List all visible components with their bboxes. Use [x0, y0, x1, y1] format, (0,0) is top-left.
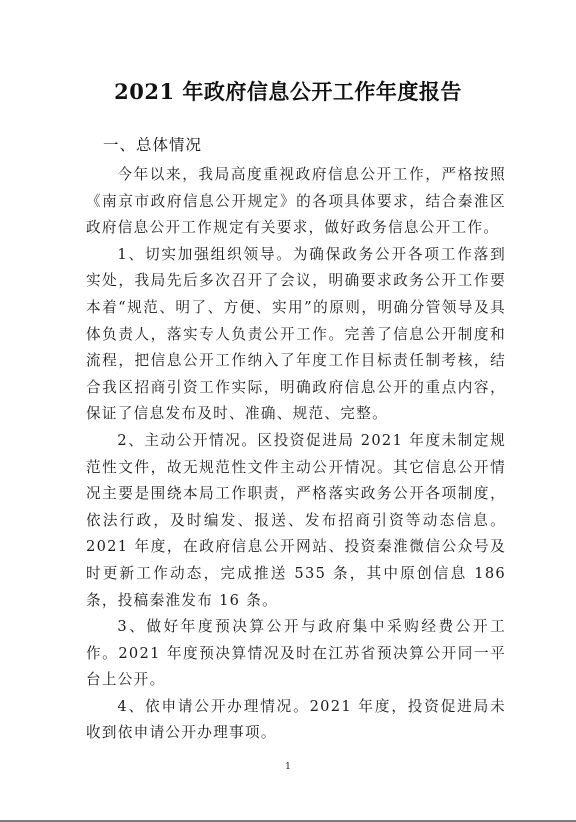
document-page: 2021 年政府信息公开工作年度报告 一、总体情况 今年以来，我局高度重视政府信… [0, 0, 576, 820]
paragraph-application-disclosure: 4、依申请公开办理情况。2021 年度，投资促进局未收到依申请公开办理事项。 [86, 694, 506, 747]
page-number: 1 [0, 762, 576, 772]
document-title: 2021 年政府信息公开工作年度报告 [0, 76, 576, 106]
section-heading: 一、总体情况 [103, 133, 202, 155]
paragraph-organization-leadership: 1、切实加强组织领导。为确保政务公开各项工作落到实处，我局先后多次召开了会议，明… [86, 242, 506, 428]
paragraph-proactive-disclosure: 2、主动公开情况。区投资促进局 2021 年度未制定规范性文件，故无规范性文件主… [86, 428, 506, 614]
paragraph-overview: 今年以来，我局高度重视政府信息公开工作，严格按照《南京市政府信息公开规定》的各项… [86, 162, 506, 242]
paragraph-budget-disclosure: 3、做好年度预决算公开与政府集中采购经费公开工作。2021 年度预决算情况及时在… [86, 614, 506, 694]
body-text: 今年以来，我局高度重视政府信息公开工作，严格按照《南京市政府信息公开规定》的各项… [86, 162, 506, 747]
